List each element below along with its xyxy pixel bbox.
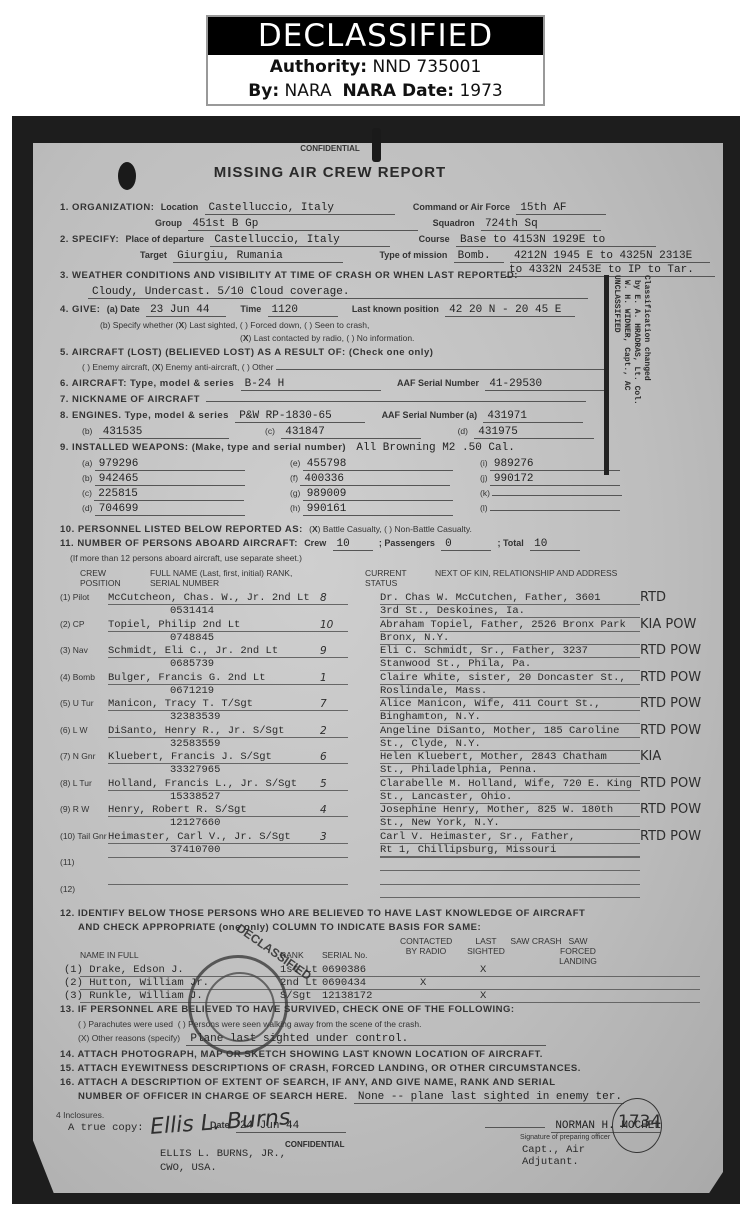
- weapon-serial: (d) 704699: [82, 503, 245, 516]
- crew-status: 3: [320, 831, 327, 843]
- weapon-serial: (h) 990161: [290, 503, 453, 516]
- crew-position: (5) U Tur: [60, 698, 94, 708]
- section-search: 16. ATTACH A DESCRIPTION OF EXTENT OF SE…: [60, 1077, 556, 1089]
- circular-stamp: [188, 955, 288, 1055]
- course-line-2: 4212N 1945 E to 4325N 2313E: [510, 250, 710, 263]
- witness-cell: (2) Hutton, William Jr.: [64, 977, 209, 989]
- command-value: 15th AF: [516, 202, 606, 215]
- crew-position: (7) N Gnr: [60, 751, 95, 761]
- crew-kin-line-2: [380, 870, 640, 871]
- section-organization-group: Group 451st B Gp Squadron 724th Sq: [155, 218, 601, 231]
- section-give-specify-2: (X) Last contacted by radio, ( ) No info…: [240, 333, 414, 343]
- section-organization: 1. ORGANIZATION: Location Castelluccio, …: [60, 202, 606, 215]
- crew-status-annotation: RTD POW: [640, 802, 701, 817]
- weapon-serial: (a) 979296: [82, 458, 245, 471]
- crew-kin-line-2: St., Lancaster, Ohio.: [380, 791, 640, 804]
- crew-kin-line-1: Dr. Chas W. McCutchen, Father, 3601: [380, 592, 640, 605]
- weapon-serial: (g) 989009: [290, 488, 453, 501]
- crew-kin-line-2: St., New York, N.Y.: [380, 817, 640, 830]
- classification-change-stamp: UNCLASSIFIED W. H. WIDNER, Capt., AC by …: [598, 275, 648, 515]
- crew-status: 8: [320, 592, 327, 604]
- classification-marking: CONFIDENTIAL: [60, 144, 600, 153]
- crew-serial: 0671219: [170, 685, 214, 697]
- witness-cell: (1) Drake, Edson J.: [64, 964, 184, 976]
- weather-value: Cloudy, Undercast. 5/10 Cloud coverage.: [88, 286, 588, 299]
- witness-cell: X: [480, 964, 486, 976]
- crew-status: 1: [320, 672, 327, 684]
- section-photograph: 14. ATTACH PHOTOGRAPH, MAP OR SKETCH SHO…: [60, 1049, 543, 1061]
- crew-kin-line-1: Carl V. Heimaster, Sr., Father,: [380, 831, 640, 844]
- survived-option-3: (X) Other reasons (specify) Plane last s…: [78, 1033, 546, 1046]
- squadron-value: 724th Sq: [481, 218, 601, 231]
- crew-kin-line-2: Rt 1, Chillipsburg, Missouri: [380, 844, 640, 857]
- crew-serial: 15338527: [170, 791, 220, 803]
- witness-header-cell: SAW FORCED LANDING: [552, 936, 604, 966]
- crew-name: Holland, Francis L., Jr. S/Sgt: [108, 778, 348, 791]
- section-specify-target: Target Giurgiu, Rumania Type of mission …: [140, 250, 710, 263]
- crew-position: (3) Nav: [60, 645, 88, 655]
- banner-authority: Authority: NND 735001: [208, 55, 543, 79]
- crew-kin-line-1: Helen Kluebert, Mother, 2843 Chatham: [380, 751, 640, 764]
- crew-status-annotation: RTD POW: [640, 643, 701, 658]
- section-specify: 2. SPECIFY: Place of departure Castelluc…: [60, 234, 656, 247]
- crew-serial: 32383539: [170, 711, 220, 723]
- group-value: 451st B Gp: [188, 218, 418, 231]
- crew-serial: 12127660: [170, 817, 220, 829]
- engine-serial-b: 431535: [99, 426, 229, 439]
- crew-name: Topiel, Philip 2nd Lt: [108, 619, 348, 632]
- crew-kin-line-2: Stanwood St., Phila, Pa.: [380, 658, 640, 671]
- witness-header-cell: NAME IN FULL: [80, 950, 139, 960]
- crew-name: Heimaster, Carl V., Jr. S/Sgt: [108, 831, 348, 844]
- crew-position: (2) CP: [60, 619, 85, 629]
- crew-status-annotation: RTD POW: [640, 776, 701, 791]
- true-copy-label: A true copy:: [68, 1122, 144, 1134]
- crew-serial: 0685739: [170, 658, 214, 670]
- witness-row-line: [80, 1002, 700, 1003]
- report-title: MISSING AIR CREW REPORT: [60, 164, 600, 181]
- crew-header-kin: NEXT OF KIN, RELATIONSHIP AND ADDRESS: [435, 568, 635, 578]
- weather-value-row: Cloudy, Undercast. 5/10 Cloud coverage.: [88, 286, 588, 299]
- signer-caption: Signature of preparing officer: [520, 1134, 610, 1141]
- crew-position: (4) Bomb: [60, 672, 95, 682]
- crew-position: (9) R W: [60, 804, 89, 814]
- aircraft-serial-value: 41-29530: [485, 378, 605, 391]
- weapon-serial: (f) 400336: [290, 473, 450, 486]
- crew-name: Henry, Robert R. S/Sgt: [108, 804, 348, 817]
- crew-status-annotation: KIA POW: [640, 617, 696, 632]
- crew-kin-line-1: [380, 884, 640, 885]
- crew-status-annotation: RTD POW: [640, 723, 701, 738]
- crew-status-annotation: RTD POW: [640, 829, 701, 844]
- location-value: Castelluccio, Italy: [205, 202, 395, 215]
- crew-status-annotation: RTD POW: [640, 696, 701, 711]
- crew-header-status: CURRENT STATUS: [365, 568, 425, 588]
- search-value: None -- plane last sighted in enemy ter.: [354, 1091, 624, 1104]
- passenger-count: 0: [441, 538, 491, 551]
- crew-position: (8) L Tur: [60, 778, 92, 788]
- engine-serial-a: 431971: [483, 410, 583, 423]
- crew-name: Bulger, Francis G. 2nd Lt: [108, 672, 348, 685]
- witness-cell: 0690386: [322, 964, 366, 976]
- engine-serial-d: 431975: [474, 426, 594, 439]
- signer-rank: Capt., Air: [522, 1144, 585, 1156]
- date-value: 23 Jun 44: [146, 304, 226, 317]
- crew-kin-line-1: Josephine Henry, Mother, 825 W. 180th: [380, 804, 640, 817]
- weapon-serial: (c) 225815: [82, 488, 244, 501]
- page-number: 1734: [618, 1112, 661, 1132]
- section-persons-aboard: 11. NUMBER OF PERSONS ABOARD AIRCRAFT: C…: [60, 538, 580, 551]
- nickname-value: [206, 401, 586, 402]
- signer-title: Adjutant.: [522, 1156, 579, 1168]
- crew-status: 7: [320, 698, 327, 710]
- section-engines-serials: (b) 431535 (c) 431847 (d) 431975: [82, 426, 594, 439]
- crew-status: 4: [320, 804, 327, 816]
- witness-cell: X: [420, 977, 426, 989]
- weapon-serial: (b) 942465: [82, 473, 245, 486]
- declassified-banner: DECLASSIFIED Authority: NND 735001 By: N…: [206, 15, 545, 106]
- crew-name: Manicon, Tracy T. T/Sgt: [108, 698, 348, 711]
- crew-header-name: FULL NAME (Last, first, initial) RANK, S…: [150, 568, 320, 588]
- persons-aboard-note: (If more than 12 persons aboard aircraft…: [70, 553, 302, 563]
- mission-type-value: Bomb.: [454, 250, 504, 263]
- footer-confidential: CONFIDENTIAL: [285, 1140, 345, 1149]
- crew-position: (10) Tail Gnr: [60, 831, 107, 841]
- witness-cell: X: [480, 990, 486, 1002]
- crew-position: (6) L W: [60, 725, 88, 735]
- target-value: Giurgiu, Rumania: [173, 250, 343, 263]
- certifier-rank: CWO, USA.: [160, 1162, 217, 1174]
- section-search-2: NUMBER OF OFFICER IN CHARGE OF SEARCH HE…: [78, 1091, 624, 1104]
- crew-serial: 37410700: [170, 844, 220, 856]
- crew-kin-line-2: [380, 897, 640, 898]
- section-give: 4. GIVE: (a) Date 23 Jun 44 Time 1120 La…: [60, 304, 575, 317]
- crew-position: (1) Pilot: [60, 592, 89, 602]
- section-aircraft-lost-options: ( ) Enemy aircraft, (X) Enemy anti-aircr…: [82, 362, 606, 372]
- crew-name: DiSanto, Henry R., Jr. S/Sgt: [108, 725, 348, 738]
- witness-cell: 2nd Lt: [280, 977, 318, 989]
- crew-name: McCutcheon, Chas. W., Jr. 2nd Lt: [108, 592, 348, 605]
- weapons-value: All Browning M2 .50 Cal.: [352, 442, 518, 454]
- total-count: 10: [530, 538, 580, 551]
- section-nickname: 7. NICKNAME OF AIRCRAFT: [60, 394, 586, 406]
- section-give-specify: (b) Specify whether (X) Last sighted, ( …: [100, 320, 369, 330]
- section-aircraft: 6. AIRCRAFT: Type, model & series B-24 H…: [60, 378, 605, 391]
- crew-kin-line-2: St., Clyde, N.Y.: [380, 738, 640, 751]
- aircraft-type-value: B-24 H: [241, 378, 381, 391]
- crew-serial: 33327965: [170, 764, 220, 776]
- crew-kin-line-2: Bronx, N.Y.: [380, 632, 640, 645]
- time-value: 1120: [268, 304, 338, 317]
- section-aircraft-lost: 5. AIRCRAFT (LOST) (BELIEVED LOST) AS A …: [60, 347, 433, 359]
- banner-title: DECLASSIFIED: [208, 17, 543, 55]
- engine-serial-c: 431847: [281, 426, 421, 439]
- crew-status: 2: [320, 725, 327, 737]
- crew-kin-line-1: Angeline DiSanto, Mother, 185 Caroline: [380, 725, 640, 738]
- engine-type-value: P&W RP-1830-65: [235, 410, 365, 423]
- section-weapons: 9. INSTALLED WEAPONS: (Make, type and se…: [60, 442, 519, 454]
- witness-cell: (3) Runkle, William J.: [64, 990, 203, 1002]
- section-eyewitness: 15. ATTACH EYEWITNESS DESCRIPTIONS OF CR…: [60, 1063, 581, 1075]
- crew-serial: 0748845: [170, 632, 214, 644]
- crew-status: 6: [320, 751, 327, 763]
- crew-name: [108, 857, 348, 858]
- section-engines: 8. ENGINES. Type, model & series P&W RP-…: [60, 410, 583, 423]
- crew-name: Schmidt, Eli C., Jr. 2nd Lt: [108, 645, 348, 658]
- crew-kin-line-2: St., Philadelphia, Penna.: [380, 764, 640, 777]
- certifier-name: ELLIS L. BURNS, JR.,: [160, 1148, 286, 1160]
- crew-status: 10: [320, 619, 333, 631]
- witness-header-cell: CONTACTED BY RADIO: [400, 936, 452, 956]
- crew-position: (12): [60, 884, 75, 894]
- crew-kin-line-1: Claire White, sister, 20 Doncaster St.,: [380, 672, 640, 685]
- weapon-serial: (e) 455798: [290, 458, 453, 471]
- crew-name: [108, 884, 348, 885]
- crew-serial: 0531414: [170, 605, 214, 617]
- crew-name: Kluebert, Francis J. S/Sgt: [108, 751, 348, 764]
- crew-serial: 32583559: [170, 738, 220, 750]
- crew-status-annotation: KIA: [640, 749, 661, 764]
- witness-cell: 12138172: [322, 990, 372, 1002]
- crew-count: 10: [333, 538, 373, 551]
- crew-status-annotation: RTD POW: [640, 670, 701, 685]
- crew-status: 9: [320, 645, 327, 657]
- section-weather: 3. WEATHER CONDITIONS AND VISIBILITY AT …: [60, 270, 518, 282]
- crew-kin-line-2: 3rd St., Deskoines, Ia.: [380, 605, 640, 618]
- crew-kin-line-1: Alice Manicon, Wife, 411 Court St.,: [380, 698, 640, 711]
- crew-status-annotation: RTD: [640, 590, 666, 605]
- inclosures: 4 Inclosures.: [56, 1110, 104, 1120]
- section-last-knowledge-2: AND CHECK APPROPRIATE (one only) COLUMN …: [78, 922, 481, 934]
- crew-position: (11): [60, 857, 75, 867]
- departure-value: Castelluccio, Italy: [210, 234, 390, 247]
- crew-kin-line-2: Roslindale, Mass.: [380, 685, 640, 698]
- witness-header-cell: LAST SIGHTED: [460, 936, 512, 956]
- crew-kin-line-1: Clarabelle M. Holland, Wife, 720 E. King: [380, 778, 640, 791]
- banner-by: By: NARA NARA Date: 1973: [208, 79, 543, 103]
- section-personnel-status: 10. PERSONNEL LISTED BELOW REPORTED AS: …: [60, 524, 472, 536]
- witness-header-cell: SERIAL No.: [322, 950, 368, 960]
- crew-kin-line-1: Abraham Topiel, Father, 2526 Bronx Park: [380, 619, 640, 632]
- crew-kin-line-2: Binghamton, N.Y.: [380, 711, 640, 724]
- section-last-knowledge: 12. IDENTIFY BELOW THOSE PERSONS WHO ARE…: [60, 908, 585, 920]
- crew-kin-line-1: Eli C. Schmidt, Sr., Father, 3237: [380, 645, 640, 658]
- crew-header-position: CREW POSITION: [80, 568, 140, 588]
- course-line-1: Base to 4153N 1929E to: [456, 234, 656, 247]
- position-value: 42 20 N - 20 45 E: [445, 304, 575, 317]
- witness-cell: 0690434: [322, 977, 366, 989]
- crew-status: 5: [320, 778, 327, 790]
- crew-kin-line-1: [380, 857, 640, 858]
